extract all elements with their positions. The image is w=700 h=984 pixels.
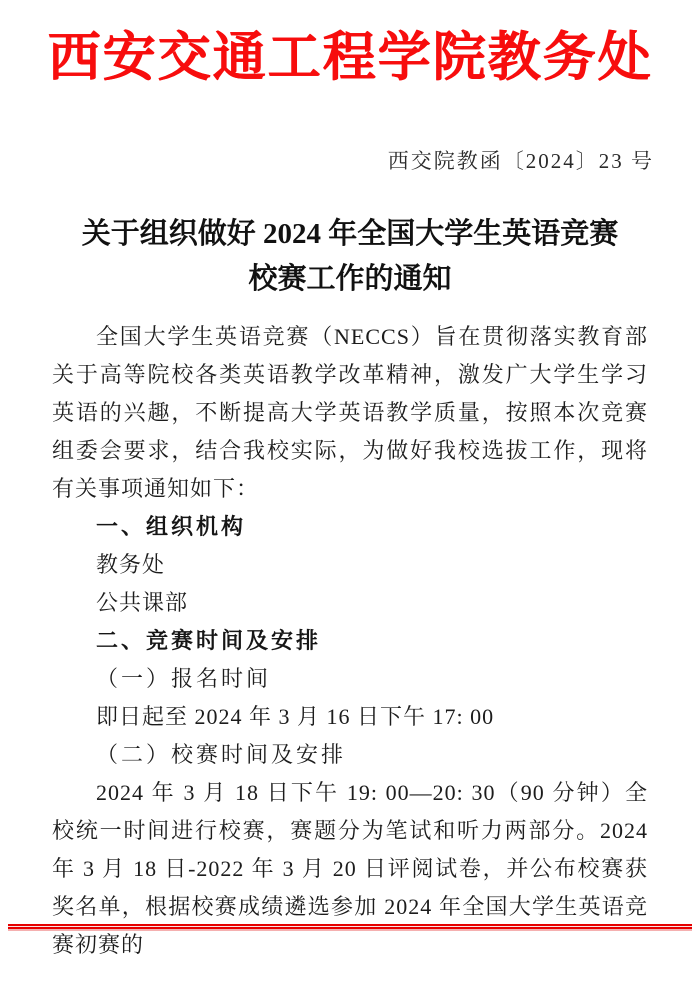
org-item-public-course-dept: 公共课部 [52,584,648,622]
notice-title: 关于组织做好 2024 年全国大学生英语竞赛 校赛工作的通知 [0,212,700,302]
registration-deadline-text: 即日起至 2024 年 3 月 16 日下午 17: 00 [52,698,648,736]
paragraph-contest-schedule: 2024 年 3 月 18 日下午 19: 00—20: 30（90 分钟）全校… [52,774,648,964]
paragraph-intro: 全国大学生英语竞赛（NECCS）旨在贯彻落实教育部关于高等院校各类英语教学改革精… [52,318,648,508]
letterhead-rule [30,97,694,104]
footer-rule [8,924,692,931]
document-page: 西安交通工程学院教务处 西交院教函〔2024〕23 号 关于组织做好 2024 … [0,0,700,984]
org-item-academic-affairs: 教务处 [52,546,648,584]
letterhead: 西安交通工程学院教务处 [0,0,700,94]
section-heading-2: 二、竞赛时间及安排 [52,622,648,660]
document-body: 全国大学生英语竞赛（NECCS）旨在贯彻落实教育部关于高等院校各类英语教学改革精… [0,312,700,964]
subsection-heading-registration-time: （一）报名时间 [52,660,648,698]
subsection-heading-contest-schedule: （二）校赛时间及安排 [52,736,648,774]
section-heading-1: 一、组织机构 [52,508,648,546]
document-reference-number: 西交院教函〔2024〕23 号 [0,148,700,174]
notice-title-line2: 校赛工作的通知 [0,257,700,302]
notice-title-line1: 关于组织做好 2024 年全国大学生英语竞赛 [0,212,700,257]
letterhead-department-title: 西安交通工程学院教务处 [48,15,653,91]
notice-document-page: { "colors": { "header_red": "#f70d0d", "… [0,0,700,984]
